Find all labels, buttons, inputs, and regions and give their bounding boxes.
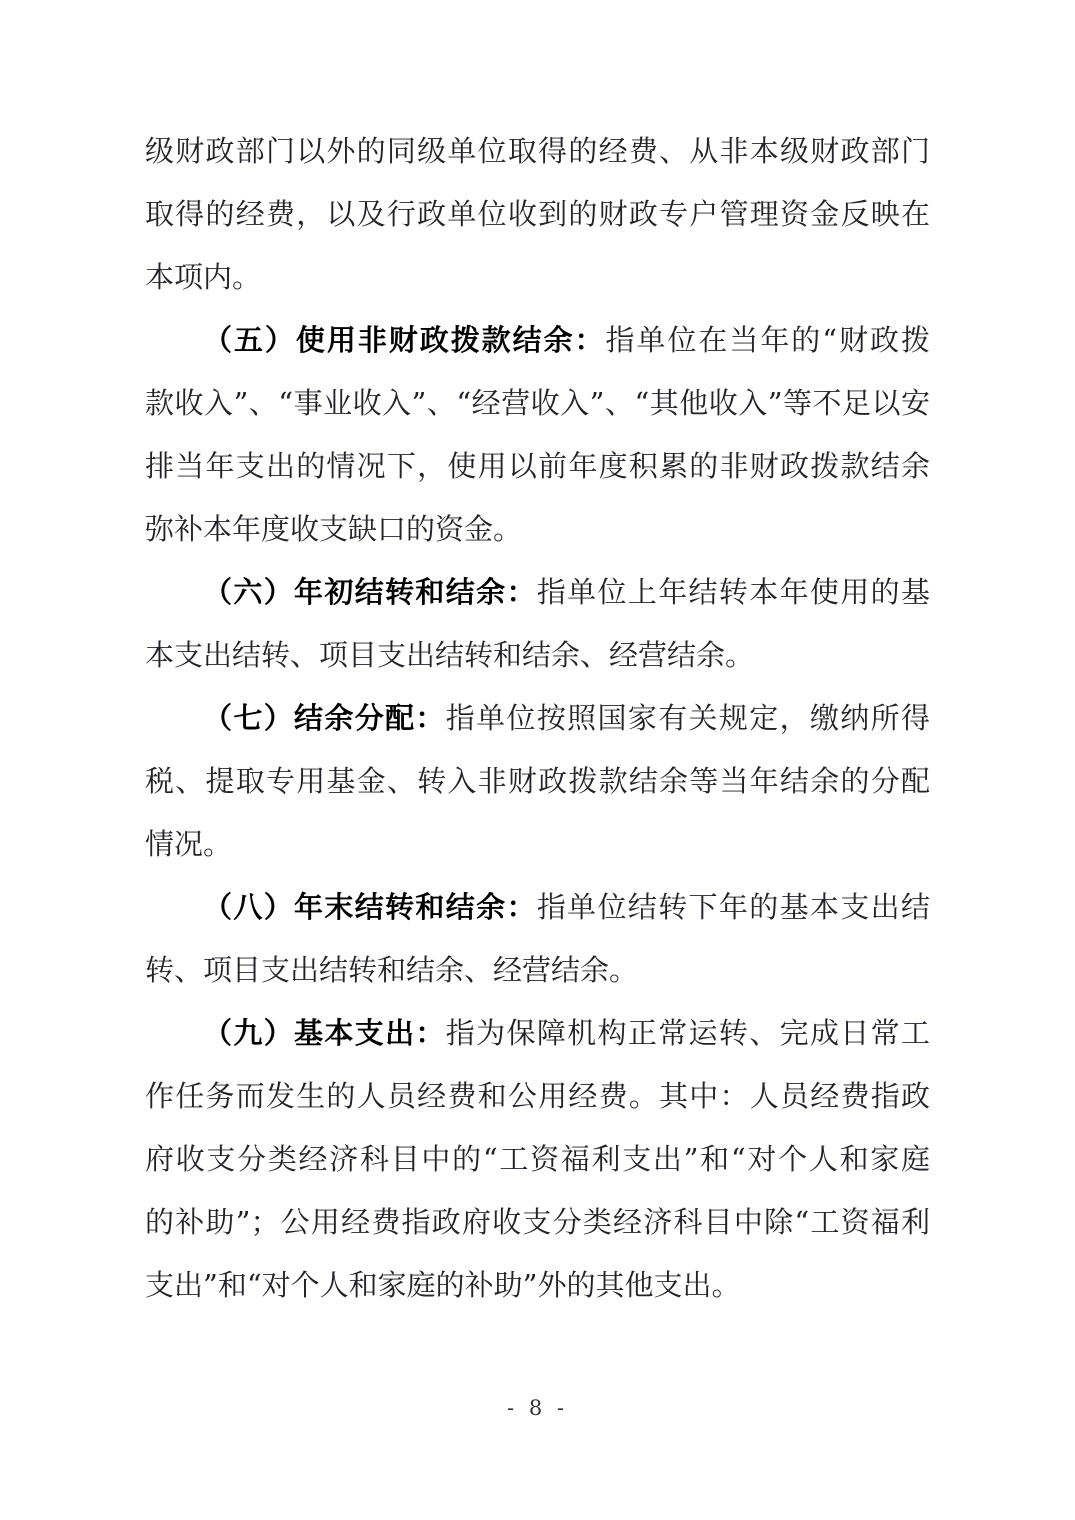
text-run: 指单位结转下年的基本支出结 (537, 890, 930, 924)
text-line: 排当年支出的情况下，使用以前年度积累的非财政拨款结余 (145, 435, 930, 498)
text-line: 情况。 (145, 813, 930, 876)
text-line: （七）结余分配：指单位按照国家有关规定，缴纳所得 (145, 687, 930, 750)
text-line: （五）使用非财政拨款结余：指单位在当年的“财政拨 (145, 309, 930, 372)
section-heading-run: （八）年末结转和结余： (203, 890, 537, 924)
text-run: 的补助”；公用经费指政府收支分类经济科目中除“工资福利 (145, 1205, 930, 1239)
text-run: 弥补本年度收支缺口的资金。 (145, 512, 522, 546)
text-run: 本支出结转、项目支出结转和结余、经营结余。 (145, 638, 754, 672)
text-run: 税、提取专用基金、转入非财政拨款结余等当年结余的分配 (145, 764, 930, 798)
text-run: 取得的经费，以及行政单位收到的财政专户管理资金反映在 (145, 197, 930, 231)
text-line: 转、项目支出结转和结余、经营结余。 (145, 939, 930, 1002)
text-line: 本项内。 (145, 246, 930, 309)
text-run: 情况。 (145, 827, 232, 861)
text-run: 作任务而发生的人员经费和公用经费。其中：人员经费指政 (145, 1079, 930, 1113)
text-run: 本项内。 (145, 260, 261, 294)
section-heading-run: （六）年初结转和结余： (203, 575, 537, 609)
text-run: 指单位按照国家有关规定，缴纳所得 (446, 701, 930, 735)
text-run: 款收入”、“事业收入”、“经营收入”、“其他收入”等不足以安 (145, 386, 930, 420)
text-line: 取得的经费，以及行政单位收到的财政专户管理资金反映在 (145, 183, 930, 246)
section-heading-run: （九）基本支出： (203, 1016, 446, 1050)
text-line: （九）基本支出：指为保障机构正常运转、完成日常工 (145, 1002, 930, 1065)
text-line: 府收支分类经济科目中的“工资福利支出”和“对个人和家庭 (145, 1128, 930, 1191)
section-heading-run: （五）使用非财政拨款结余： (203, 323, 606, 357)
text-run: 府收支分类经济科目中的“工资福利支出”和“对个人和家庭 (145, 1142, 930, 1176)
text-run: 排当年支出的情况下，使用以前年度积累的非财政拨款结余 (145, 449, 930, 483)
text-run: 指单位在当年的“财政拨 (606, 323, 930, 357)
text-run: 指单位上年结转本年使用的基 (537, 575, 930, 609)
text-run: 级财政部门以外的同级单位取得的经费、从非本级财政部门 (145, 134, 930, 168)
text-line: （六）年初结转和结余：指单位上年结转本年使用的基 (145, 561, 930, 624)
text-line: （八）年末结转和结余：指单位结转下年的基本支出结 (145, 876, 930, 939)
page-number: - 8 - (0, 1396, 1075, 1420)
text-run: 指为保障机构正常运转、完成日常工 (446, 1016, 930, 1050)
section-heading-run: （七）结余分配： (203, 701, 446, 735)
document-page: 级财政部门以外的同级单位取得的经费、从非本级财政部门 取得的经费，以及行政单位收… (0, 0, 1075, 1520)
text-line: 支出”和“对个人和家庭的补助”外的其他支出。 (145, 1254, 930, 1317)
text-line: 款收入”、“事业收入”、“经营收入”、“其他收入”等不足以安 (145, 372, 930, 435)
text-run: 转、项目支出结转和结余、经营结余。 (145, 953, 638, 987)
text-line: 作任务而发生的人员经费和公用经费。其中：人员经费指政 (145, 1065, 930, 1128)
text-line: 税、提取专用基金、转入非财政拨款结余等当年结余的分配 (145, 750, 930, 813)
text-line: 弥补本年度收支缺口的资金。 (145, 498, 930, 561)
text-run: 支出”和“对个人和家庭的补助”外的其他支出。 (145, 1268, 740, 1302)
document-body: 级财政部门以外的同级单位取得的经费、从非本级财政部门 取得的经费，以及行政单位收… (145, 120, 930, 1317)
text-line: 本支出结转、项目支出结转和结余、经营结余。 (145, 624, 930, 687)
text-line: 的补助”；公用经费指政府收支分类经济科目中除“工资福利 (145, 1191, 930, 1254)
text-line: 级财政部门以外的同级单位取得的经费、从非本级财政部门 (145, 120, 930, 183)
